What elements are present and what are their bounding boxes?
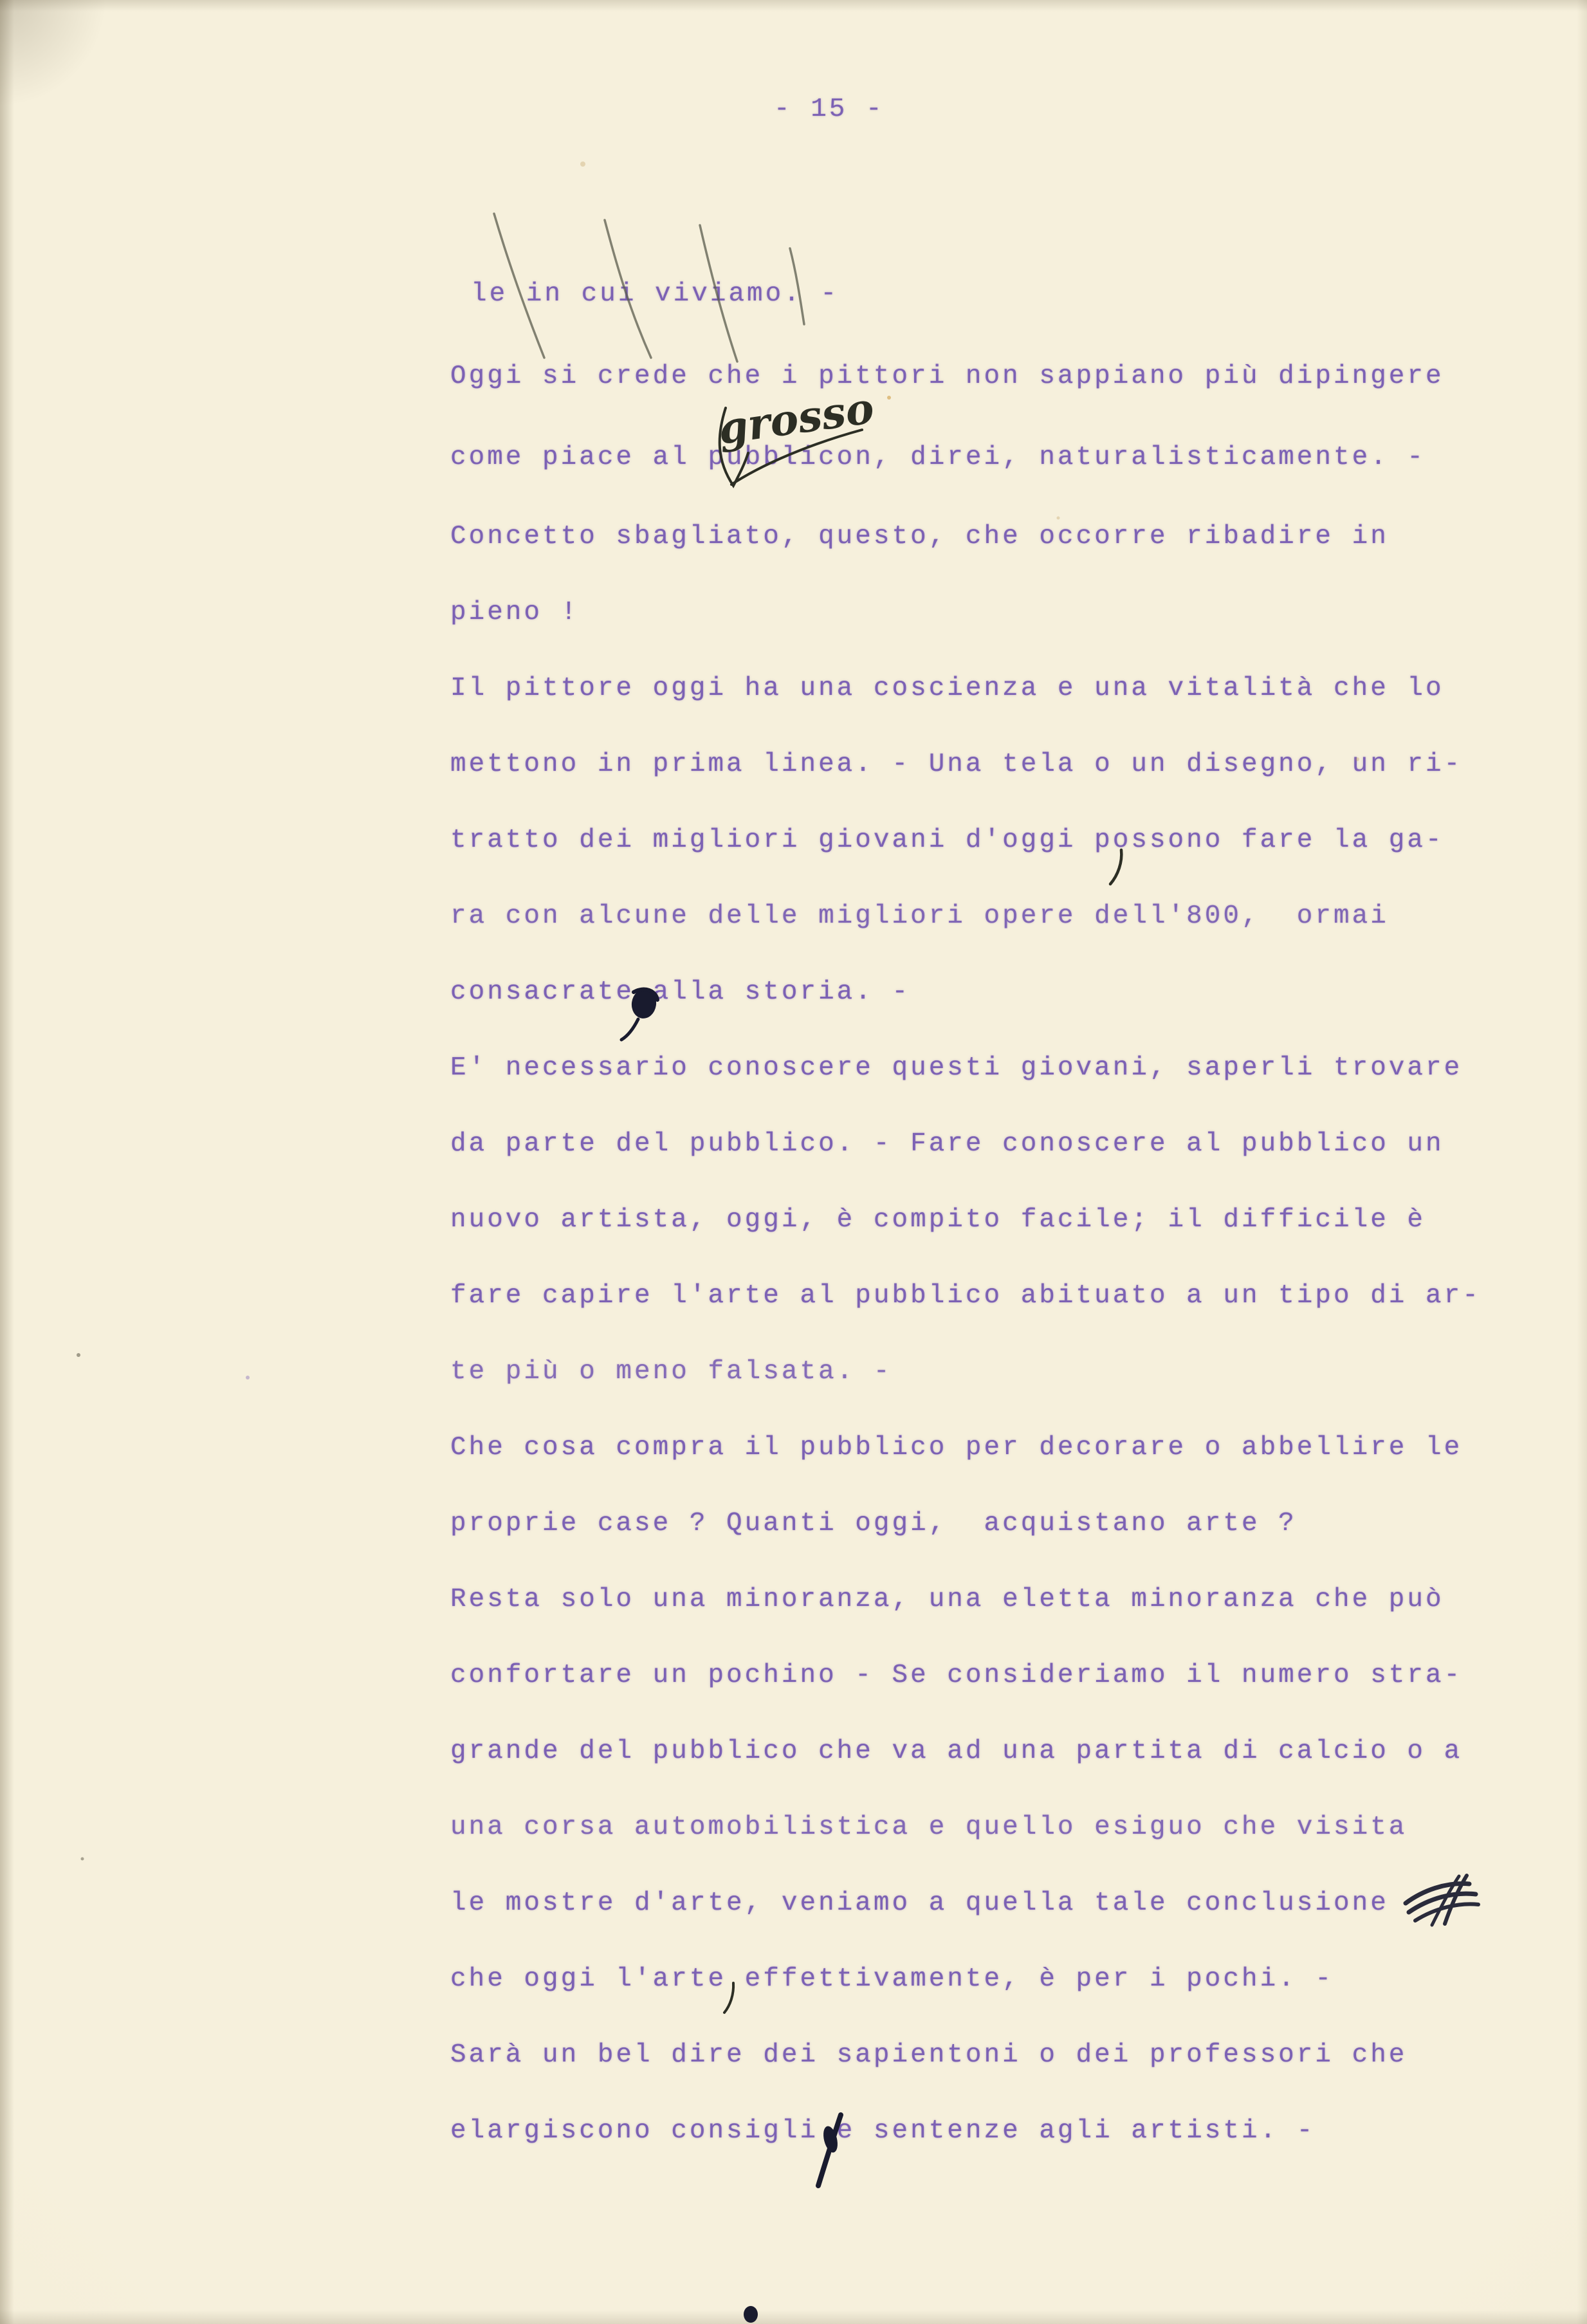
typed-line: Sarà un bel dire dei sapientoni o dei pr…	[450, 2017, 1548, 2093]
typed-line: le in cui viviamo. -	[450, 256, 1548, 332]
page-number: - 15 -	[774, 95, 885, 124]
typed-line: pieno !	[450, 575, 1548, 650]
typed-line: mettono in prima linea. - Una tela o un …	[450, 726, 1548, 802]
ink-dot-bottom-edge	[744, 2306, 758, 2323]
typed-line: Resta solo una minoranza, una eletta min…	[450, 1562, 1548, 1637]
typed-line: che oggi l'arte effettivamente, è per i …	[450, 1941, 1548, 2017]
typed-line: consacrate alla storia. -	[450, 954, 1548, 1030]
typed-line: Concetto sbagliato, questo, che occorre …	[450, 499, 1548, 575]
typed-line: confortare un pochino - Se consideriamo …	[450, 1637, 1548, 1713]
typed-line: proprie case ? Quanti oggi, acquistano a…	[450, 1486, 1548, 1562]
typed-line: Che cosa compra il pubblico per decorare…	[450, 1410, 1548, 1486]
typed-line: tratto dei migliori giovani d'oggi posso…	[450, 802, 1548, 878]
typed-line: E' necessario conoscere questi giovani, …	[450, 1030, 1548, 1106]
typewritten-manuscript-page: - 15 - le in cui viviamo. -Oggi si crede…	[0, 0, 1587, 2324]
typed-line: da parte del pubblico. - Fare conoscere …	[450, 1106, 1548, 1182]
typed-text-block: le in cui viviamo. -Oggi si crede che i …	[450, 256, 1548, 2169]
typed-line: nuovo artista, oggi, è compito facile; i…	[450, 1182, 1548, 1258]
typed-line: le mostre d'arte, veniamo a quella tale …	[450, 1865, 1548, 1941]
typed-line: ra con alcune delle migliori opere dell'…	[450, 878, 1548, 954]
typed-line: Oggi si crede che i pittori non sappiano…	[450, 338, 1548, 414]
typed-line: grande del pubblico che va ad una partit…	[450, 1713, 1548, 1789]
typed-line: elargiscono consigli e sentenze agli art…	[450, 2093, 1548, 2169]
typed-line: una corsa automobilistica e quello esigu…	[450, 1789, 1548, 1865]
typed-line: come piace al pubblicon, direi, naturali…	[450, 420, 1548, 495]
typed-line: Il pittore oggi ha una coscienza e una v…	[450, 650, 1548, 726]
typed-line: fare capire l'arte al pubblico abituato …	[450, 1258, 1548, 1334]
typed-line: te più o meno falsata. -	[450, 1334, 1548, 1410]
